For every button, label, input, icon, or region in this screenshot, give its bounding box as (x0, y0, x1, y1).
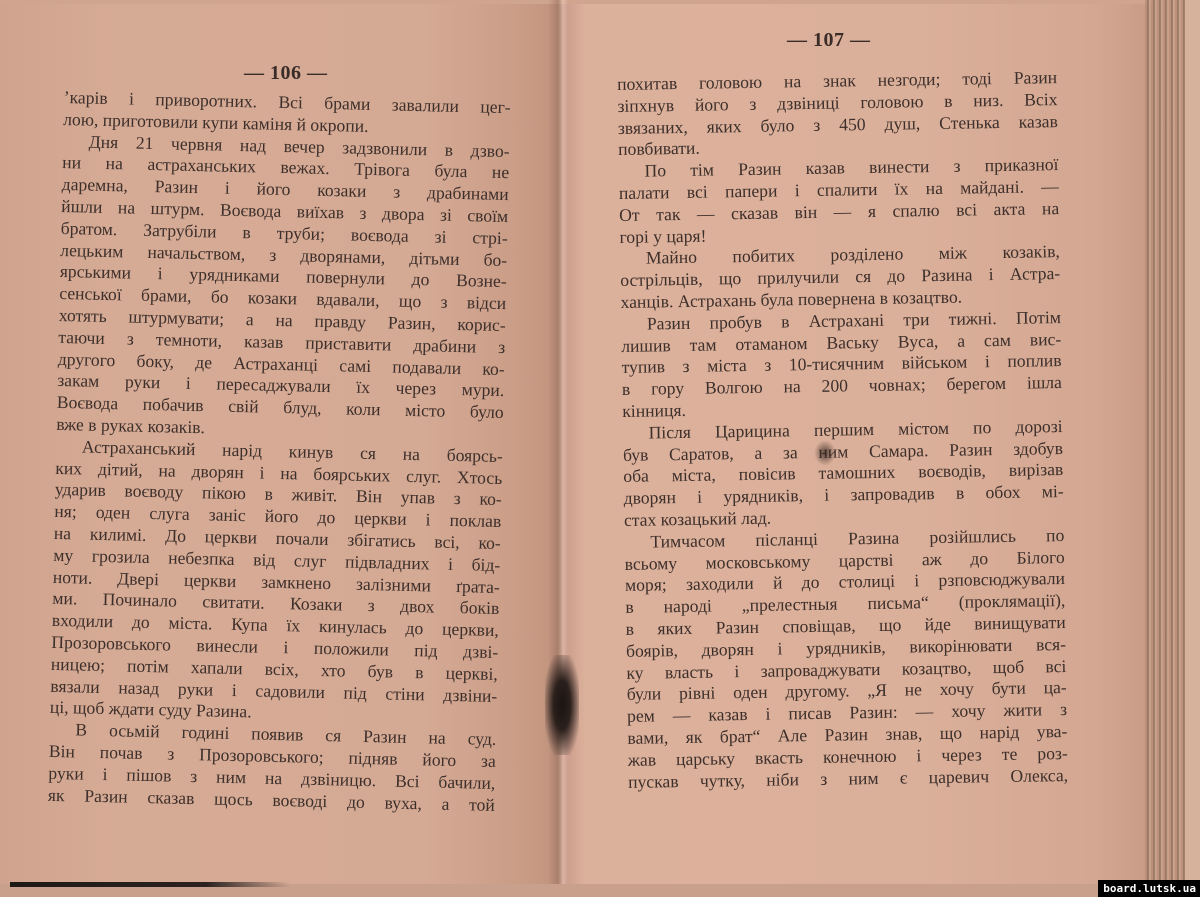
right-page: — 107 — похитав головою на знак незгоди;… (562, 4, 1152, 889)
watermark: board.lutsk.ua (1098, 880, 1200, 897)
page-number-right: — 107 — (787, 29, 871, 52)
page-number-left: — 106 — (244, 62, 328, 85)
ink-smudge (814, 440, 836, 466)
book-spread: — 106 — ʼкарів і приворотних. Всі брами … (0, 0, 1200, 897)
book-cover-edge (1185, 0, 1200, 897)
left-page: — 106 — ʼкарів і приворотних. Всі брами … (0, 4, 562, 884)
left-page-text: ʼкарів і приворотних. Всі брами завалили… (48, 87, 511, 816)
right-page-text: похитав головою на знак незгоди; тоді Ра… (617, 67, 1068, 793)
burn-stain (545, 655, 579, 755)
cover-shadow (10, 882, 290, 887)
